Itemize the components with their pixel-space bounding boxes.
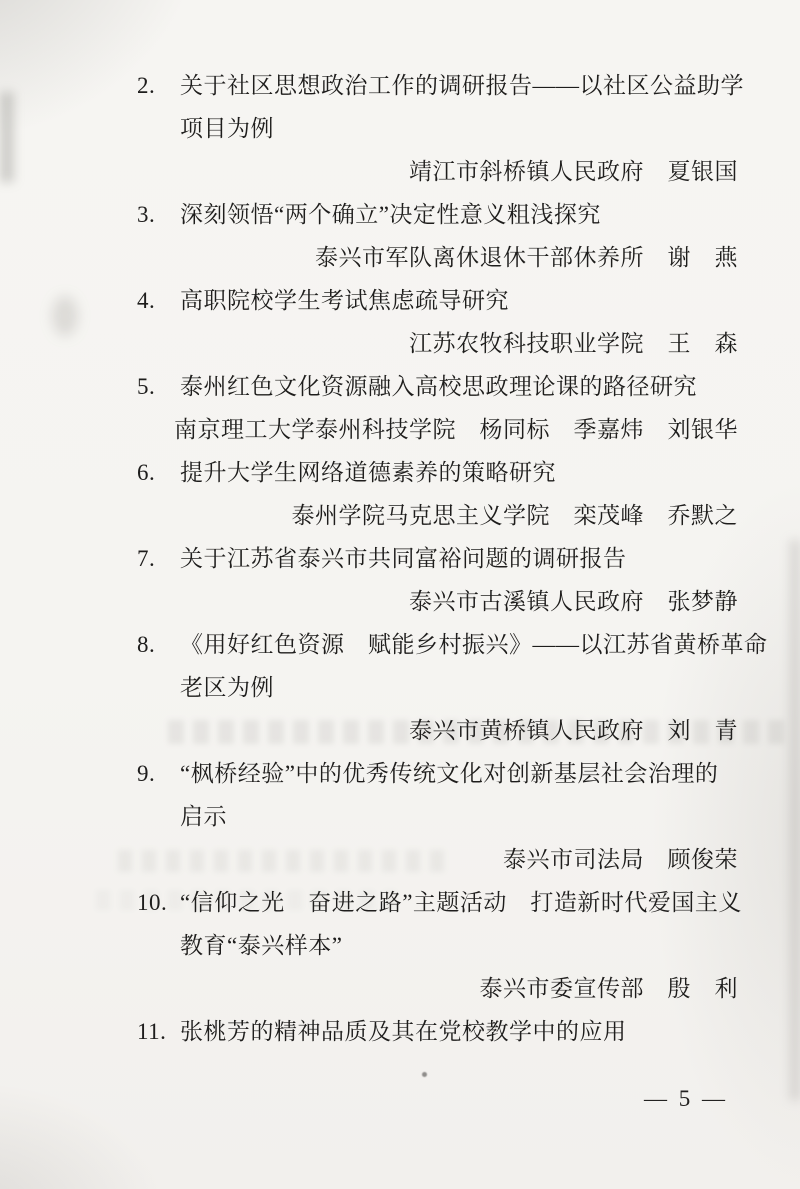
item-number: 3. (137, 193, 180, 236)
item-number: 10. (137, 881, 180, 924)
list-item: 3. 深刻领悟“两个确立”决定性意义粗浅探究 泰兴市军队离休退休干部休养所 谢 … (137, 193, 738, 279)
item-title-text: 深刻领悟“两个确立”决定性意义粗浅探究 (180, 193, 738, 236)
item-number: 11. (137, 1010, 180, 1053)
list-item: 9. “枫桥经验”中的优秀传统文化对创新基层社会治理的 启示泰兴市司法局 顾俊荣 (137, 752, 738, 881)
scanned-document-page: 2. 关于社区思想政治工作的调研报告——以社区公益助学 项目为例靖江市斜桥镇人民… (0, 0, 800, 1189)
item-title-line: 9. “枫桥经验”中的优秀传统文化对创新基层社会治理的 (137, 752, 738, 795)
list-item: 4. 高职院校学生考试焦虑疏导研究 江苏农牧科技职业学院 王 森 (137, 279, 738, 365)
item-number: 4. (137, 279, 180, 322)
item-number-spacer (137, 107, 180, 150)
item-title-text: 提升大学生网络道德素养的策略研究 (180, 451, 738, 494)
item-title-line: 老区为例 (137, 666, 738, 709)
list-item: 10. “信仰之光 奋进之路”主题活动 打造新时代爱国主义 教育“泰兴样本”泰兴… (137, 881, 738, 1010)
list-item: 6. 提升大学生网络道德素养的策略研究 泰州学院马克思主义学院 栾茂峰 乔默之 (137, 451, 738, 537)
item-title-line: 7. 关于江苏省泰兴市共同富裕问题的调研报告 (137, 537, 738, 580)
item-attribution: 泰兴市司法局 顾俊荣 (137, 838, 738, 881)
item-title-text: 关于社区思想政治工作的调研报告——以社区公益助学 (180, 64, 744, 107)
item-title-text: 《用好红色资源 赋能乡村振兴》——以江苏省黄桥革命 (180, 623, 768, 666)
item-title-text: 高职院校学生考试焦虑疏导研究 (180, 279, 738, 322)
scan-artifact-speck (422, 1072, 427, 1077)
page-number: — 5 — (644, 1084, 728, 1114)
item-attribution: 泰兴市委宣传部 殷 利 (137, 967, 738, 1010)
item-number: 2. (137, 64, 180, 107)
item-title-text: 启示 (180, 795, 738, 838)
item-title-text: 关于江苏省泰兴市共同富裕问题的调研报告 (180, 537, 738, 580)
item-number: 5. (137, 365, 180, 408)
item-title-line: 5. 泰州红色文化资源融入高校思政理论课的路径研究 (137, 365, 738, 408)
item-attribution: 江苏农牧科技职业学院 王 森 (137, 322, 738, 365)
list-item: 8. 《用好红色资源 赋能乡村振兴》——以江苏省黄桥革命 老区为例泰兴市黄桥镇人… (137, 623, 738, 752)
item-attribution: 泰兴市古溪镇人民政府 张梦静 (137, 580, 738, 623)
item-title-line: 2. 关于社区思想政治工作的调研报告——以社区公益助学 (137, 64, 738, 107)
paper-list: 2. 关于社区思想政治工作的调研报告——以社区公益助学 项目为例靖江市斜桥镇人民… (0, 64, 800, 1053)
item-title-line: 教育“泰兴样本” (137, 924, 738, 967)
item-attribution: 南京理工大学泰州科技学院 杨同标 季嘉炜 刘银华 (137, 408, 738, 451)
item-title-line: 8. 《用好红色资源 赋能乡村振兴》——以江苏省黄桥革命 (137, 623, 738, 666)
item-title-line: 启示 (137, 795, 738, 838)
item-number: 9. (137, 752, 180, 795)
item-attribution: 靖江市斜桥镇人民政府 夏银国 (137, 150, 738, 193)
list-item: 7. 关于江苏省泰兴市共同富裕问题的调研报告 泰兴市古溪镇人民政府 张梦静 (137, 537, 738, 623)
item-title-text: 张桃芳的精神品质及其在党校教学中的应用 (180, 1010, 738, 1053)
item-number: 7. (137, 537, 180, 580)
item-number: 8. (137, 623, 180, 666)
item-attribution: 泰兴市黄桥镇人民政府 刘 青 (137, 709, 738, 752)
item-number: 6. (137, 451, 180, 494)
list-item: 11. 张桃芳的精神品质及其在党校教学中的应用 (137, 1010, 738, 1053)
item-title-line: 10. “信仰之光 奋进之路”主题活动 打造新时代爱国主义 (137, 881, 738, 924)
item-attribution: 泰兴市军队离休退休干部休养所 谢 燕 (137, 236, 738, 279)
item-attribution: 泰州学院马克思主义学院 栾茂峰 乔默之 (137, 494, 738, 537)
item-title-text: “信仰之光 奋进之路”主题活动 打造新时代爱国主义 (180, 881, 742, 924)
item-title-line: 11. 张桃芳的精神品质及其在党校教学中的应用 (137, 1010, 738, 1053)
item-title-text: 教育“泰兴样本” (180, 924, 738, 967)
item-title-text: 项目为例 (180, 107, 738, 150)
item-title-line: 6. 提升大学生网络道德素养的策略研究 (137, 451, 738, 494)
item-number-spacer (137, 795, 180, 838)
item-title-text: 泰州红色文化资源融入高校思政理论课的路径研究 (180, 365, 738, 408)
list-item: 2. 关于社区思想政治工作的调研报告——以社区公益助学 项目为例靖江市斜桥镇人民… (137, 64, 738, 193)
item-title-line: 3. 深刻领悟“两个确立”决定性意义粗浅探究 (137, 193, 738, 236)
item-title-text: 老区为例 (180, 666, 738, 709)
item-number-spacer (137, 924, 180, 967)
item-title-text: “枫桥经验”中的优秀传统文化对创新基层社会治理的 (180, 752, 738, 795)
item-title-line: 4. 高职院校学生考试焦虑疏导研究 (137, 279, 738, 322)
list-item: 5. 泰州红色文化资源融入高校思政理论课的路径研究 南京理工大学泰州科技学院 杨… (137, 365, 738, 451)
item-number-spacer (137, 666, 180, 709)
item-title-line: 项目为例 (137, 107, 738, 150)
